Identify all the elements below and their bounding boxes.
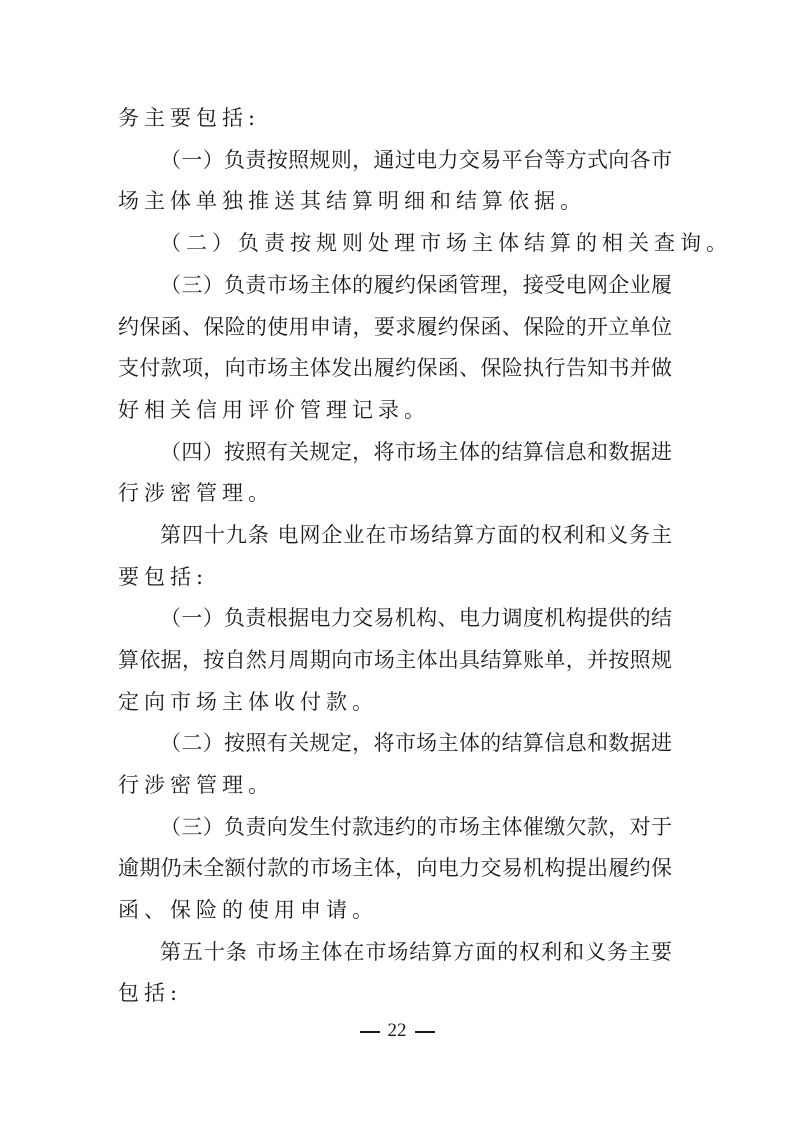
line-18: （三）负责向发生付款违约的市场主体催缴欠款，对于	[160, 812, 672, 842]
line-14: 算依据，按自然月周期向市场主体出具结算账单，并按照规	[118, 645, 672, 675]
line-20: 函、保险的使用申请。	[118, 895, 672, 925]
line-06: 约保函、保险的使用申请，要求履约保函、保险的开立单位	[118, 312, 672, 342]
line-22: 包括:	[118, 978, 672, 1008]
line-03: 场主体单独推送其结算明细和结算依据。	[118, 186, 672, 216]
line-09: （四）按照有关规定，将市场主体的结算信息和数据进	[160, 437, 672, 467]
dash-left	[360, 1031, 380, 1033]
page-number-value: 22	[388, 1020, 407, 1041]
line-07: 支付款项，向市场主体发出履约保函、保险执行告知书并做	[118, 353, 672, 383]
dash-right	[415, 1031, 435, 1033]
line-15: 定向市场主体收付款。	[118, 687, 672, 717]
line-04: （二）负责按规则处理市场主体结算的相关查询。	[160, 228, 672, 258]
line-16: （二）按照有关规定，将市场主体的结算信息和数据进	[160, 728, 672, 758]
line-10: 行涉密管理。	[118, 478, 672, 508]
line-02: （一）负责按照规则，通过电力交易平台等方式向各市	[160, 145, 672, 175]
page-number: 22	[0, 1018, 794, 1044]
line-12: 要包括:	[118, 562, 672, 592]
article-50-heading: 第五十条 市场主体在市场结算方面的权利和义务主要	[160, 937, 672, 967]
line-13: （一）负责根据电力交易机构、电力调度机构提供的结	[160, 603, 672, 633]
line-01: 务主要包括:	[118, 103, 672, 133]
document-page: 务主要包括: （一）负责按照规则，通过电力交易平台等方式向各市 场主体单独推送其…	[0, 0, 794, 1123]
line-05: （三）负责市场主体的履约保函管理，接受电网企业履	[160, 270, 672, 300]
line-17: 行涉密管理。	[118, 770, 672, 800]
line-08: 好相关信用评价管理记录。	[118, 395, 672, 425]
article-49-heading: 第四十九条 电网企业在市场结算方面的权利和义务主	[160, 520, 672, 550]
line-19: 逾期仍未全额付款的市场主体，向电力交易机构提出履约保	[118, 853, 672, 883]
